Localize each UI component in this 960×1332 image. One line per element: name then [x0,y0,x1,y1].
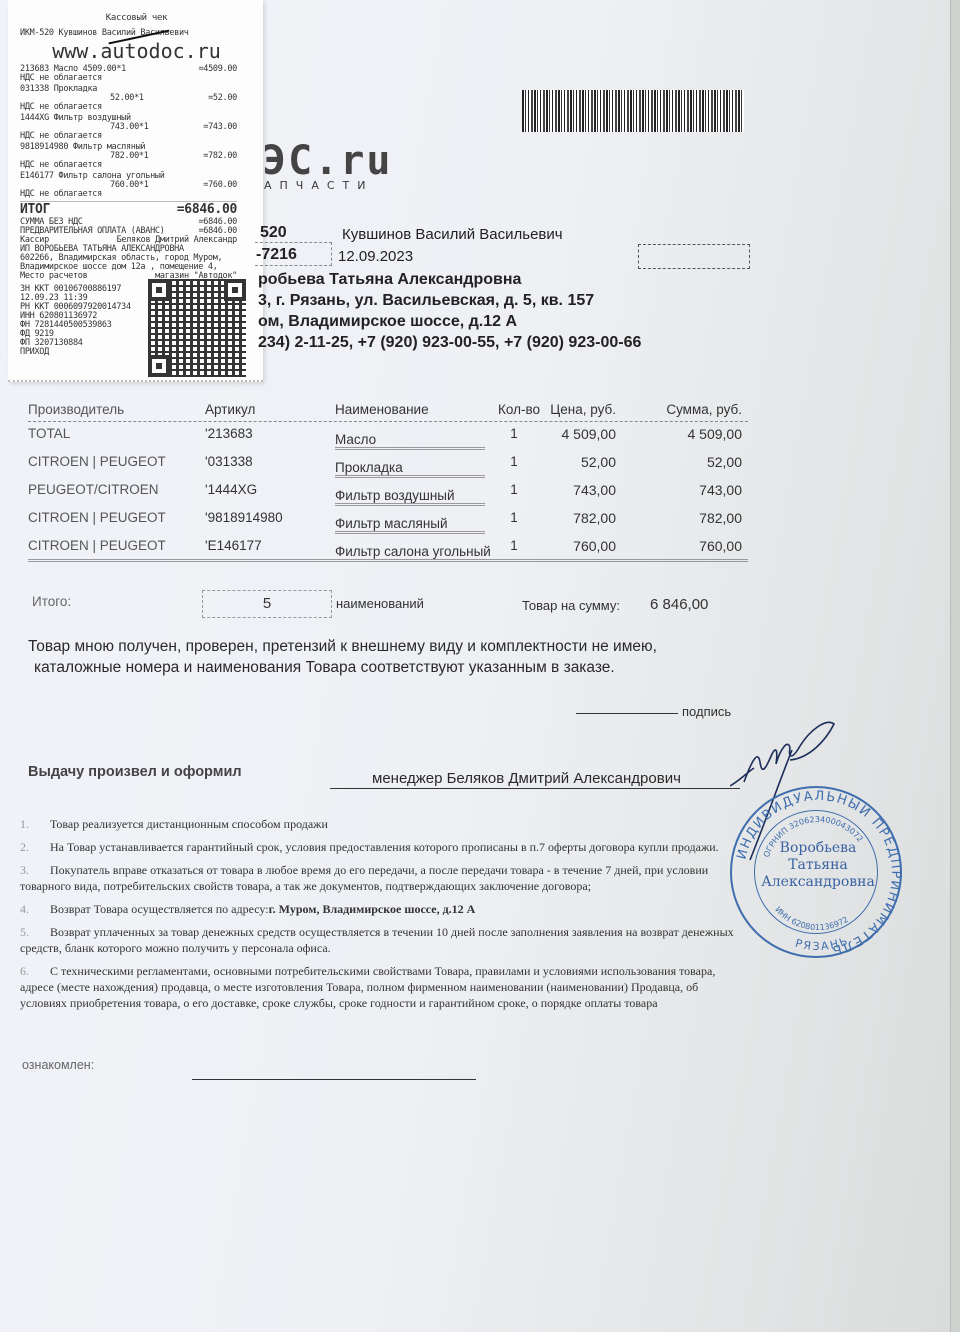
terms-item: 6.С техническими регламентами, основными… [20,963,740,1011]
receipt-site: www.autodoc.ru [20,40,253,62]
table-row: CITROEN | PEUGEOT '031338 Прокладка 1 52… [28,450,748,478]
receipt-item: 1444XG Фильтр воздушный 743.00*1 =743.00… [20,114,253,141]
receipt-title: Кассовый чек [20,14,253,23]
total-sum-value: 6 846,00 [650,596,708,613]
receipt-item: E146177 Фильтр салона угольный 760.00*1 … [20,172,253,199]
issued-by-label: Выдачу произвел и оформил [28,764,242,780]
receipt-fiscal-block: ЗН ККТ 00106700886197 12.09.23 11:39 РН … [20,285,253,357]
terms-item: 3.Покупатель вправе отказаться от товара… [20,862,740,894]
familiarized-label: ознакомлен: [22,1058,94,1072]
receipt-total: ИТОГ =6846.00 [20,201,237,216]
barcode-icon [522,90,744,132]
pickup-address: ом, Владимирское шоссе, д.12 А [258,313,517,331]
paper-edge [950,0,960,1332]
order-date: 12.09.2023 [338,248,413,265]
receipt-fiscal-data: ЗН ККТ 00106700886197 12.09.23 11:39 РН … [20,285,150,357]
phones: 234) 2-11-25, +7 (920) 923-00-55, +7 (92… [258,334,641,352]
customer-signature-field: подпись [576,704,731,719]
svg-text:РЯЗАНЬ: РЯЗАНЬ [794,934,851,953]
table-row: TOTAL '213683 Масло 1 4 509,00 4 509,00 [28,422,748,450]
receipt-item: 213683 Масло 4509.00*1 =4509.00 НДС не о… [20,65,253,83]
table-row: CITROEN | PEUGEOT '9818914980 Фильтр мас… [28,506,748,534]
table-header: Производитель Артикул Наименование Кол-в… [28,400,748,422]
totals-label: Итого: [32,594,71,609]
terms-item: 2.На Товар устанавливается гарантийный с… [20,839,740,855]
terms-item: 1.Товар реализуется дистанционным способ… [20,816,740,832]
terms-list: 1.Товар реализуется дистанционным способ… [20,816,740,1018]
items-count-box: 5 [202,590,332,618]
receipt-item: 031338 Прокладка 52.00*1 =52.00 НДС не о… [20,85,253,112]
qr-code-icon [148,279,246,377]
table-row: CITROEN | PEUGEOT 'E146177 Фильтр салона… [28,534,748,562]
terms-item: 5.Возврат уплаченных за товар денежных с… [20,924,740,956]
cash-receipt: Кассовый чек ИКМ-520 Кувшинов Василий Ва… [8,0,263,382]
manager-name: Кувшинов Василий Васильевич [342,226,563,243]
table-row: PEUGEOT/CITROEN '1444XG Фильтр воздушный… [28,478,748,506]
receipt-perforation [8,376,263,382]
company-stamp: ИНДИВИДУАЛЬНЫЙ ПРЕДПРИНИМАТЕЛЬ ОГРНИП 32… [730,786,902,958]
familiarized-signature-line [192,1079,476,1080]
autodoc-logo: ЭС.ru АПЧАСТИ [262,143,392,192]
stamp-owner-name: Воробьева Татьяна Александровна [732,840,904,891]
empty-field-box [638,244,750,269]
acknowledgement-text: Товар мною получен, проверен, претензий … [28,636,748,678]
order-prefix: 520 [260,224,287,242]
total-sum-label: Товар на сумму: [522,598,620,613]
issued-by-manager: менеджер Беляков Дмитрий Александрович [330,770,740,789]
items-table: Производитель Артикул Наименование Кол-в… [28,400,748,562]
items-count-units: наименований [336,596,424,611]
buyer-address: 3, г. Рязань, ул. Васильевская, д. 5, кв… [258,292,594,310]
receipt-item: 9818914980 Фильтр масляный 782.00*1 =782… [20,143,253,170]
buyer-name: робьева Татьяна Александровна [258,271,521,289]
terms-item: 4.Возврат Товара осуществляется по адрес… [20,901,740,917]
order-number: -7216 [256,246,297,264]
